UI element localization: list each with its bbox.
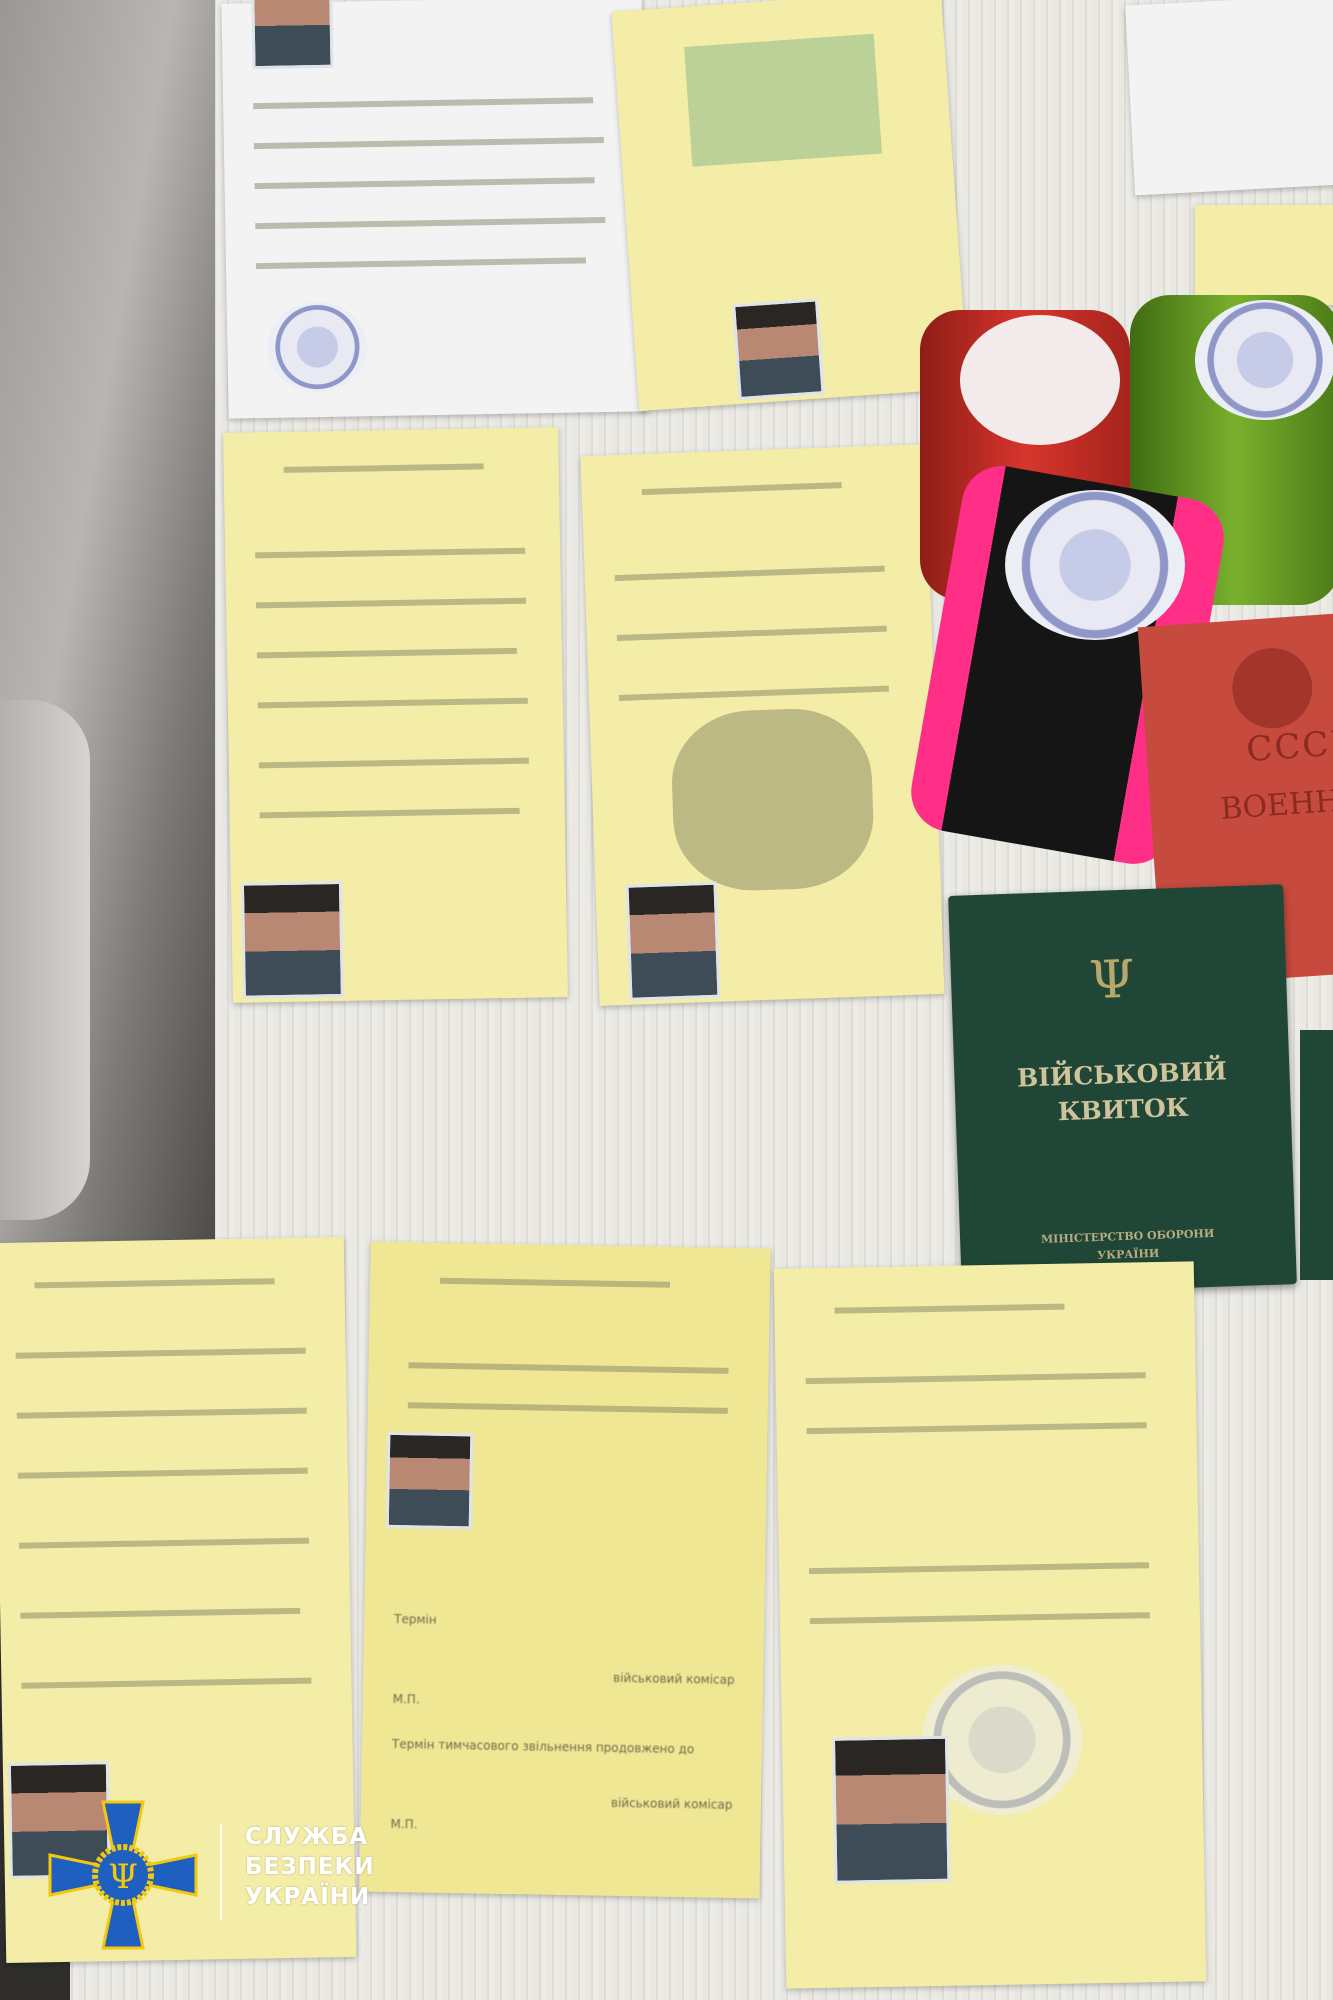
field-commissar: військовий комісар [613,1671,735,1687]
sofa-armrest [0,700,90,1220]
logo-divider [220,1824,222,1920]
svg-text:Ψ: Ψ [108,1857,138,1897]
yellow-document-map [611,0,968,411]
yellow-form [223,427,568,1003]
wordmark-line3: УКРАЇНИ [245,1882,375,1912]
yellow-form [581,444,945,1006]
yellow-form [774,1261,1207,1988]
yellow-form: Термін військовий комісар М.П. Термін ти… [359,1242,770,1899]
sbu-logo-watermark: Ψ СЛУЖБА БЕЗПЕКИ УКРАЇНИ [40,1800,400,1960]
field-stamp-mark: М.П. [393,1692,420,1706]
document-photo [732,298,824,400]
green-stamp-face [1195,300,1333,420]
booklet-country: СССР [1245,723,1333,771]
white-document-corner [1125,0,1333,195]
field-term: Термін [394,1612,437,1627]
booklet-title-line1: ВІЙСЬКОВИЙ [954,1054,1290,1095]
round-seal [267,301,369,393]
ussr-emblem-icon [1230,645,1315,730]
yellow-document-corner [1195,205,1333,305]
field-commissar: військовий комісар [611,1796,733,1812]
wordmark-line1: СЛУЖБА [245,1822,375,1852]
field-extension: Термін тимчасового звільнення продовжено… [392,1737,695,1756]
document-photo [386,1432,474,1529]
sbu-wordmark: СЛУЖБА БЕЗПЕКИ УКРАЇНИ [245,1822,375,1912]
trident-icon: Ψ [1088,950,1136,1012]
white-document [221,0,648,419]
wordmark-line2: БЕЗПЕКИ [245,1852,375,1882]
booklet-title: ВОЕННЫЙ [1219,780,1333,827]
document-photo [251,0,334,69]
ukraine-military-id-booklet: Ψ ВІЙСЬКОВИЙ КВИТОК МІНІСТЕРСТВО ОБОРОНИ… [948,884,1297,1295]
booklet-title-line2: КВИТОК [955,1089,1291,1130]
green-booklet-edge [1300,1030,1333,1280]
red-stamp-face [960,315,1120,445]
sbu-cross-icon: Ψ [48,1800,198,1950]
pink-stamp-face [1005,490,1185,640]
document-photo [625,882,720,1001]
document-photo [832,1736,951,1884]
document-photo [241,881,344,999]
